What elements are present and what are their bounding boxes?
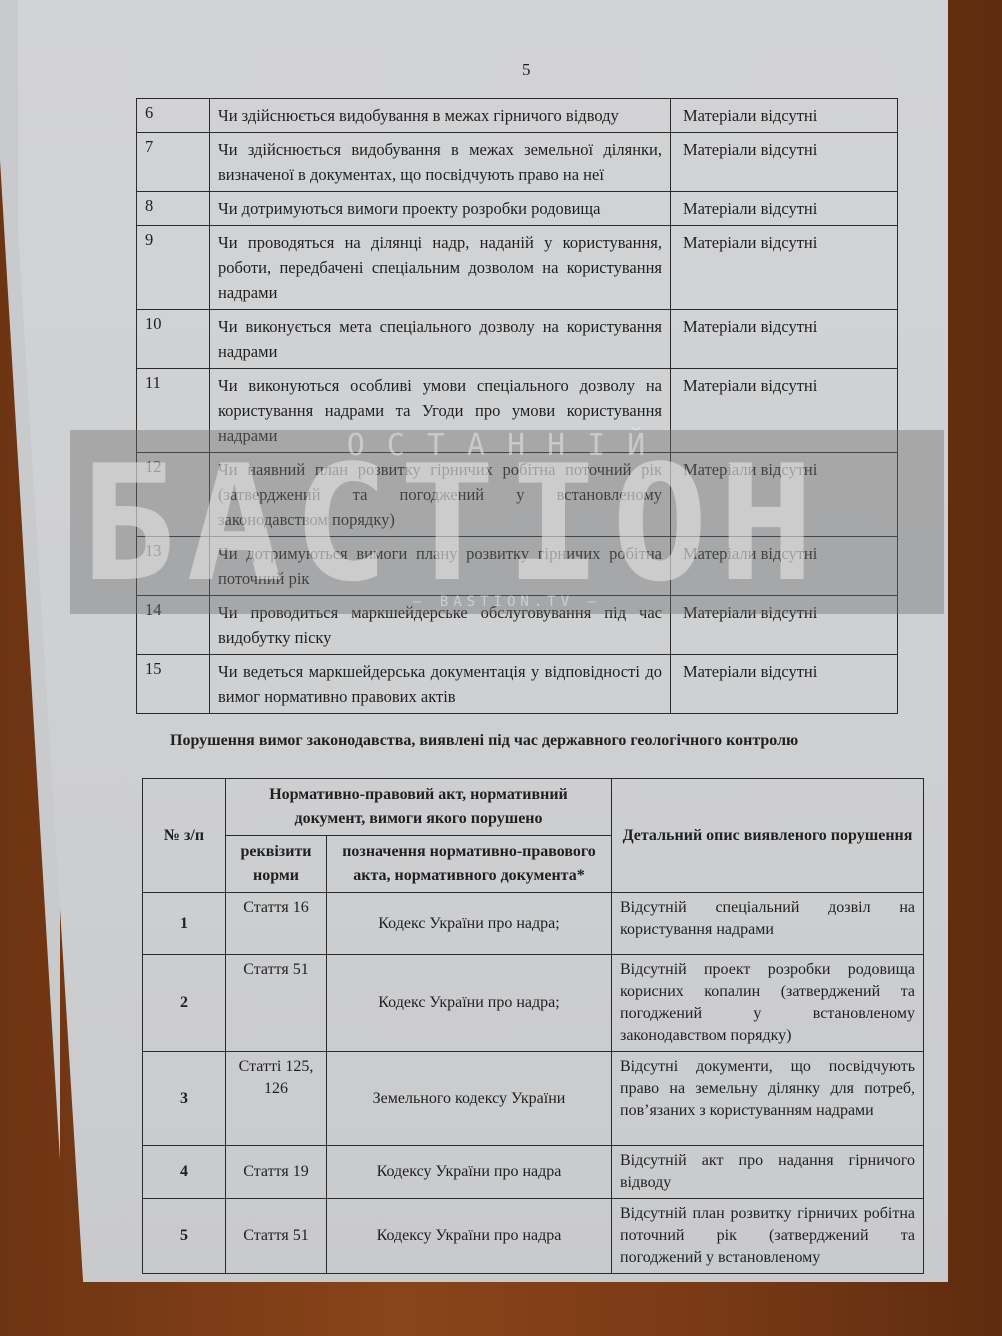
checklist-row: 15Чи ведеться маркшейдерська документаці… bbox=[137, 655, 898, 714]
checklist-question: Чи дотримуються вимоги плану розвитку гі… bbox=[210, 537, 671, 596]
checklist-row: 8Чи дотримуються вимоги проекту розробки… bbox=[137, 192, 898, 226]
violation-requisites: Стаття 51 bbox=[226, 955, 327, 1052]
section-title: Порушення вимог законодавства, виявлені … bbox=[170, 732, 798, 750]
checklist-question: Чи виконується мета спеціального дозволу… bbox=[210, 310, 671, 369]
checklist-row: 10Чи виконується мета спеціального дозво… bbox=[137, 310, 898, 369]
violation-act-designation: Кодексу України про надра bbox=[327, 1146, 612, 1199]
violation-requisites: Стаття 51 bbox=[226, 1199, 327, 1274]
violation-number: 1 bbox=[143, 893, 226, 955]
violation-description: Відсутній план розвитку гірничих робітна… bbox=[612, 1199, 924, 1274]
violation-number: 4 bbox=[143, 1146, 226, 1199]
checklist-answer: Матеріали відсутні bbox=[671, 133, 898, 192]
checklist-question: Чи здійснюється видобування в межах гірн… bbox=[210, 99, 671, 133]
checklist-number: 11 bbox=[137, 369, 210, 453]
checklist-row: 13Чи дотримуються вимоги плану розвитку … bbox=[137, 537, 898, 596]
violation-row: 4Стаття 19Кодексу України про надраВідсу… bbox=[143, 1146, 924, 1199]
checklist-answer: Матеріали відсутні bbox=[671, 226, 898, 310]
violations-table: № з/п Нормативно-правовий акт, нормативн… bbox=[142, 778, 924, 1274]
header-act-group: Нормативно-правовий акт, нормативний док… bbox=[226, 779, 612, 836]
violation-act-designation: Кодексу України про надра bbox=[327, 1199, 612, 1274]
violation-requisites: Стаття 19 bbox=[226, 1146, 327, 1199]
checklist-answer: Матеріали відсутні bbox=[671, 655, 898, 714]
checklist-question: Чи дотримуються вимоги проекту розробки … bbox=[210, 192, 671, 226]
checklist-question: Чи ведеться маркшейдерська документація … bbox=[210, 655, 671, 714]
violation-row: 2Стаття 51Кодекс України про надра;Відсу… bbox=[143, 955, 924, 1052]
checklist-row: 9Чи проводяться на ділянці надр, наданій… bbox=[137, 226, 898, 310]
header-description: Детальний опис виявленого порушення bbox=[612, 779, 924, 893]
checklist-number: 9 bbox=[137, 226, 210, 310]
violation-row: 3Статті 125, 126Земельного кодексу Украї… bbox=[143, 1052, 924, 1146]
header-number: № з/п bbox=[143, 779, 226, 893]
checklist-number: 8 bbox=[137, 192, 210, 226]
checklist-number: 10 bbox=[137, 310, 210, 369]
checklist-row: 14Чи проводиться маркшейдерське обслугов… bbox=[137, 596, 898, 655]
checklist-answer: Матеріали відсутні bbox=[671, 453, 898, 537]
violation-number: 2 bbox=[143, 955, 226, 1052]
violation-act-designation: Кодекс України про надра; bbox=[327, 893, 612, 955]
violation-act-designation: Кодекс України про надра; bbox=[327, 955, 612, 1052]
violation-description: Відсутній проект розробки родовища корис… bbox=[612, 955, 924, 1052]
violation-description: Відсутній акт про надання гірничого відв… bbox=[612, 1146, 924, 1199]
violation-act-designation: Земельного кодексу України bbox=[327, 1052, 612, 1146]
checklist-row: 7Чи здійснюється видобування в межах зем… bbox=[137, 133, 898, 192]
violation-row: 1Стаття 16Кодекс України про надра;Відсу… bbox=[143, 893, 924, 955]
violation-requisites: Стаття 16 bbox=[226, 893, 327, 955]
checklist-row: 12Чи наявний план розвитку гірничих робі… bbox=[137, 453, 898, 537]
checklist-number: 12 bbox=[137, 453, 210, 537]
checklist-number: 15 bbox=[137, 655, 210, 714]
checklist-question: Чи виконуються особливі умови спеціально… bbox=[210, 369, 671, 453]
violation-requisites: Статті 125, 126 bbox=[226, 1052, 327, 1146]
checklist-row: 6Чи здійснюється видобування в межах гір… bbox=[137, 99, 898, 133]
header-requisites: реквізити норми bbox=[226, 836, 327, 893]
checklist-question: Чи здійснюється видобування в межах земе… bbox=[210, 133, 671, 192]
checklist-answer: Матеріали відсутні bbox=[671, 99, 898, 133]
violation-row: 5Стаття 51Кодексу України про надраВідсу… bbox=[143, 1199, 924, 1274]
violation-number: 5 bbox=[143, 1199, 226, 1274]
violation-description: Відсутні документи, що посвідчують право… bbox=[612, 1052, 924, 1146]
checklist-question: Чи проводяться на ділянці надр, наданій … bbox=[210, 226, 671, 310]
checklist-number: 13 bbox=[137, 537, 210, 596]
checklist-question: Чи наявний план розвитку гірничих робітн… bbox=[210, 453, 671, 537]
checklist-number: 6 bbox=[137, 99, 210, 133]
checklist-answer: Матеріали відсутні bbox=[671, 537, 898, 596]
checklist-answer: Матеріали відсутні bbox=[671, 369, 898, 453]
checklist-question: Чи проводиться маркшейдерське обслуговув… bbox=[210, 596, 671, 655]
violation-description: Відсутній спеціальний дозвіл на користув… bbox=[612, 893, 924, 955]
checklist-row: 11Чи виконуються особливі умови спеціаль… bbox=[137, 369, 898, 453]
checklist-answer: Матеріали відсутні bbox=[671, 596, 898, 655]
checklist-answer: Матеріали відсутні bbox=[671, 192, 898, 226]
checklist-answer: Матеріали відсутні bbox=[671, 310, 898, 369]
inspection-checklist-table: 6Чи здійснюється видобування в межах гір… bbox=[136, 98, 898, 714]
checklist-number: 7 bbox=[137, 133, 210, 192]
header-designation: позначення нормативно-правового акта, но… bbox=[327, 836, 612, 893]
page-number: 5 bbox=[522, 60, 531, 80]
checklist-number: 14 bbox=[137, 596, 210, 655]
violation-number: 3 bbox=[143, 1052, 226, 1146]
